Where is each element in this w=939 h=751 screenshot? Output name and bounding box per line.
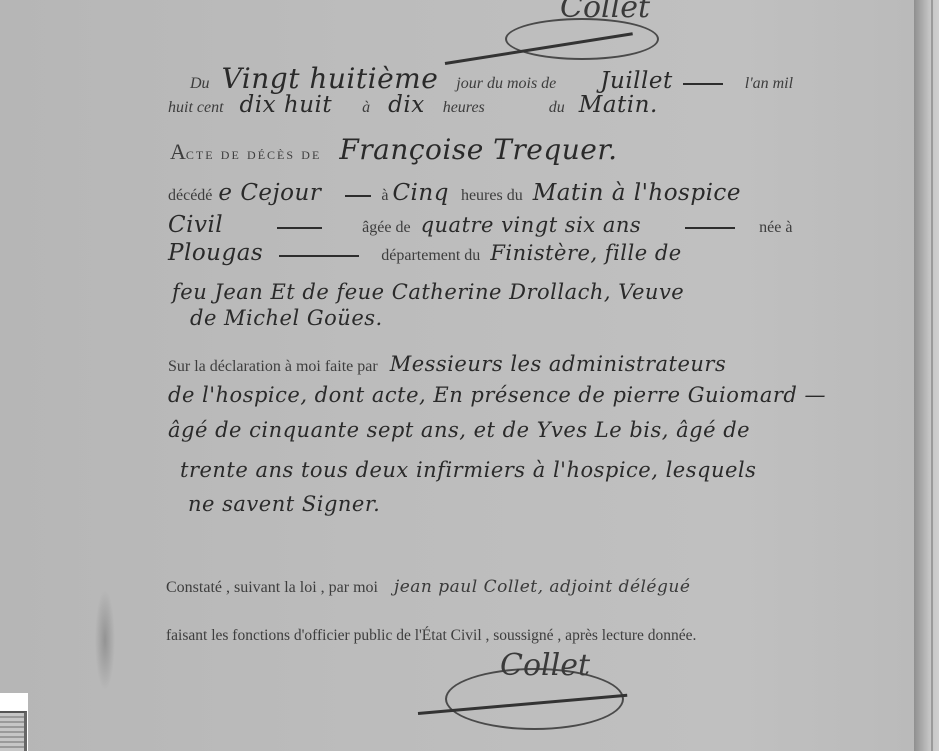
fill-dash	[685, 227, 735, 229]
handwritten-spouse: de Michel Goües.	[190, 306, 383, 330]
handwritten-department: Finistère, fille de	[490, 241, 681, 265]
handwritten-age: quatre vingt six ans	[421, 213, 642, 237]
handwritten-death-place: Matin à l'hospice	[533, 180, 741, 206]
thumbnail-preview[interactable]	[0, 711, 27, 751]
title-text: cte de décès de	[186, 144, 321, 163]
handwritten-month: Juillet	[600, 68, 672, 94]
handwritten-year: dix huit	[240, 92, 333, 118]
declaration-line-5: ne savent Signer.	[188, 492, 380, 516]
page-gutter-edge	[931, 0, 933, 751]
handwritten-place-cont: Civil	[168, 212, 223, 238]
handwritten-parents: feu Jean Et de feue Catherine Drollach, …	[172, 280, 684, 304]
printed-heures: heures	[443, 99, 485, 116]
constate-line: Constaté , suivant la loi , par moi jean…	[166, 577, 690, 597]
declaration-line-3: âgé de cinquante sept ans, et de Yves Le…	[168, 418, 750, 442]
deceased-name: Françoise Trequer.	[339, 133, 617, 166]
printed-decede: décédé	[168, 187, 212, 204]
age-line: Civil âgée de quatre vingt six ans née à	[168, 212, 792, 238]
printed-huit-cent: huit cent	[168, 99, 224, 116]
handwritten-day: Vingt huitième	[222, 62, 439, 95]
handwritten-period: Matin.	[579, 92, 658, 118]
handwritten-hour: dix	[388, 92, 425, 118]
handwritten-death-date: e Cejour	[218, 180, 321, 206]
death-line: décédé e Cejour à Cinq heures du Matin à…	[168, 180, 741, 206]
handwritten-officer: jean paul Collet, adjoint délégué	[394, 577, 690, 597]
handwritten-declaration-2: de l'hospice, dont acte, En présence de …	[168, 383, 826, 407]
printed-nee-a: née à	[759, 219, 792, 236]
title-initial: A	[170, 139, 186, 164]
spouse-line: de Michel Goües.	[190, 306, 383, 330]
parents-line: feu Jean Et de feue Catherine Drollach, …	[172, 280, 684, 304]
declaration-line-1: Sur la déclaration à moi faite par Messi…	[168, 352, 726, 376]
handwritten-death-hour: Cinq	[392, 180, 449, 206]
paper-stain	[95, 590, 115, 690]
printed-a-2: à	[381, 187, 388, 204]
date-line-2: huit cent dix huit à dix heures du Matin…	[168, 92, 658, 118]
handwritten-declarants: Messieurs les administrateurs	[390, 352, 727, 376]
fonctions-line: faisant les fonctions d'officier public …	[166, 627, 696, 645]
printed-a: à	[362, 99, 370, 116]
printed-du-2: du	[549, 99, 565, 116]
printed-du: Du	[190, 75, 210, 92]
handwritten-declaration-5: ne savent Signer.	[188, 492, 380, 516]
bottom-signature: Collet	[500, 648, 590, 683]
printed-heures-du: heures du	[461, 187, 523, 204]
top-signature: Collet	[560, 0, 650, 25]
birthplace-line: Plougas département du Finistère, fille …	[168, 240, 682, 266]
printed-departement-du: département du	[381, 247, 480, 264]
handwritten-birthplace: Plougas	[168, 240, 263, 266]
fill-dash	[277, 227, 322, 229]
fill-dash	[683, 83, 723, 85]
printed-declaration: Sur la déclaration à moi faite par	[168, 358, 378, 375]
printed-fonctions: faisant les fonctions d'officier public …	[166, 627, 696, 644]
page-gutter	[914, 0, 939, 751]
fill-dash	[345, 195, 371, 197]
handwritten-declaration-3: âgé de cinquante sept ans, et de Yves Le…	[168, 418, 750, 442]
record-title: Acte de décès de Françoise Trequer.	[170, 133, 618, 166]
fill-dash	[279, 255, 359, 257]
printed-constate: Constaté , suivant la loi , par moi	[166, 579, 378, 596]
printed-an-mil: l'an mil	[745, 75, 793, 92]
printed-agee-de: âgée de	[362, 219, 410, 236]
handwritten-declaration-4: trente ans tous deux infirmiers à l'hosp…	[180, 458, 756, 482]
declaration-line-2: de l'hospice, dont acte, En présence de …	[168, 383, 826, 407]
date-line-1: Du Vingt huitième jour du mois de Juille…	[190, 62, 793, 95]
printed-jour: jour du mois de	[456, 75, 556, 92]
declaration-line-4: trente ans tous deux infirmiers à l'hosp…	[180, 458, 756, 482]
